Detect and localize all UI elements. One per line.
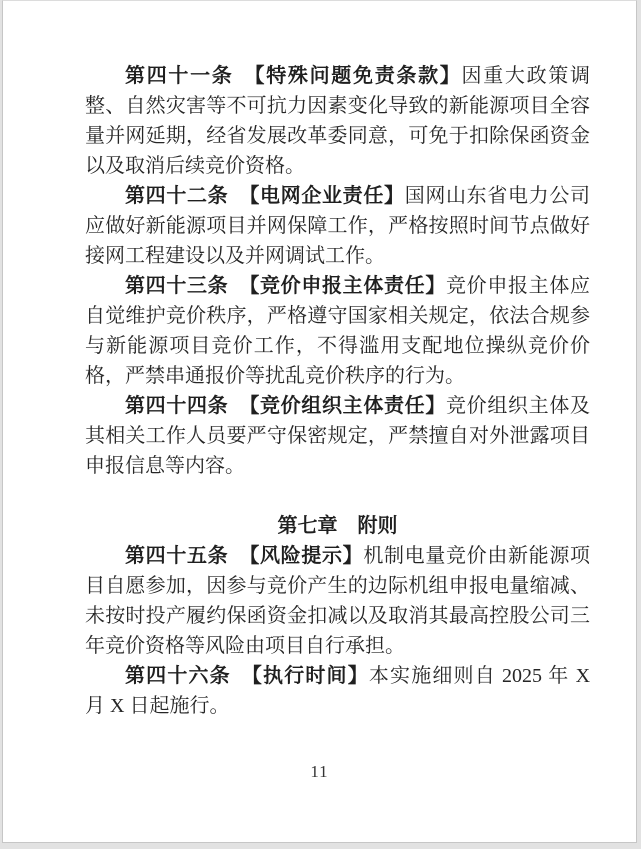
- article-42-number: 第四十二条: [125, 185, 228, 207]
- article-44-tag: 【竞价组织主体责任】: [239, 395, 446, 417]
- article-44-number: 第四十四条: [125, 395, 228, 417]
- article-43: 第四十三条【竞价申报主体责任】竞价申报主体应自觉维护竞价秩序，严格遵守国家相关规…: [85, 271, 590, 391]
- article-46-number: 第四十六条: [125, 665, 231, 687]
- document-page: 第四十一条【特殊问题免责条款】因重大政策调整、自然灾害等不可抗力因素变化导致的新…: [2, 0, 637, 843]
- article-41-number: 第四十一条: [125, 65, 234, 87]
- article-44: 第四十四条【竞价组织主体责任】竞价组织主体及其相关工作人员要严守保密规定，严禁擅…: [85, 391, 590, 481]
- article-43-tag: 【竞价申报主体责任】: [239, 275, 446, 297]
- article-42: 第四十二条【电网企业责任】国网山东省电力公司应做好新能源项目并网保障工作，严格按…: [85, 181, 590, 271]
- chapter-heading: 第七章 附则: [85, 511, 590, 541]
- article-42-tag: 【电网企业责任】: [239, 185, 404, 207]
- article-46-tag: 【执行时间】: [242, 665, 369, 687]
- article-45-tag: 【风险提示】: [239, 545, 363, 567]
- article-45: 第四十五条【风险提示】机制电量竞价由新能源项目自愿参加，因参与竞价产生的边际机组…: [85, 541, 590, 661]
- article-46: 第四十六条【执行时间】本实施细则自 2025 年 X 月 X 日起施行。: [85, 661, 590, 721]
- article-43-number: 第四十三条: [125, 275, 228, 297]
- article-41: 第四十一条【特殊问题免责条款】因重大政策调整、自然灾害等不可抗力因素变化导致的新…: [85, 61, 590, 181]
- document-body: 第四十一条【特殊问题免责条款】因重大政策调整、自然灾害等不可抗力因素变化导致的新…: [3, 1, 636, 721]
- article-41-tag: 【特殊问题免责条款】: [245, 65, 462, 87]
- article-45-number: 第四十五条: [125, 545, 228, 567]
- page-number: 11: [3, 762, 636, 782]
